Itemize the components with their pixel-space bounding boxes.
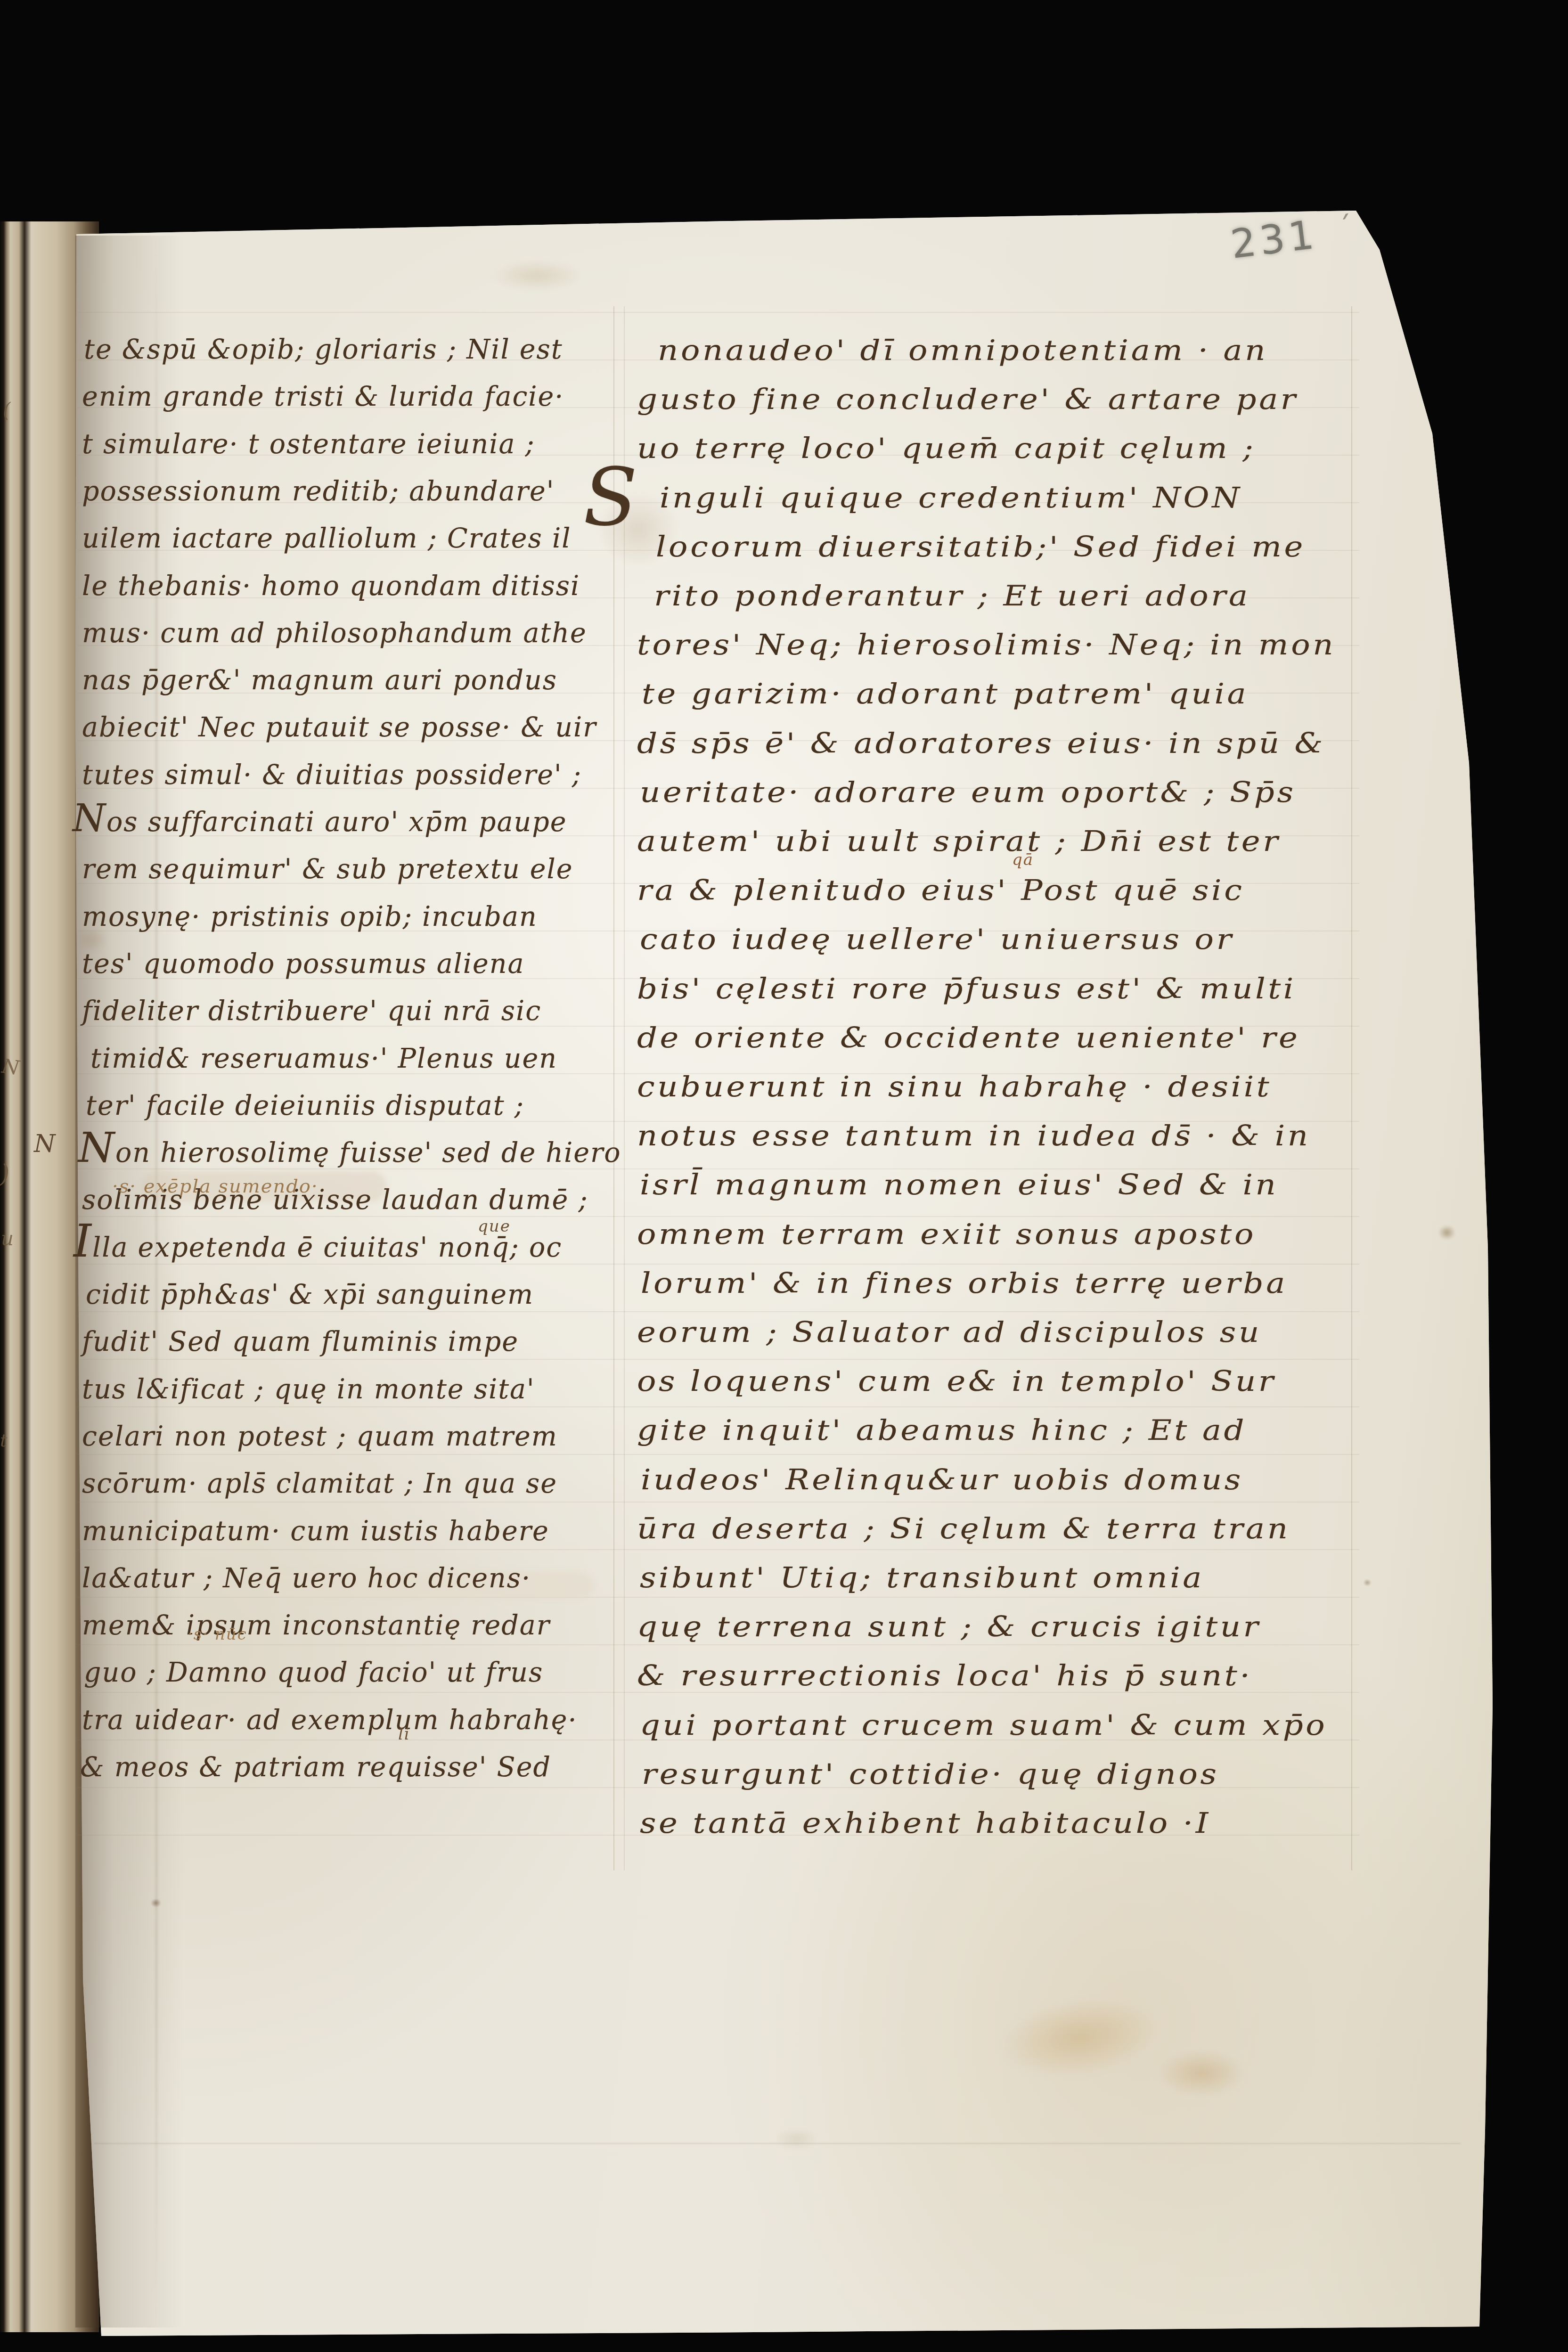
manuscript-line: Non hierosolimę fuisse' sed de hiero [78,1139,621,1168]
manuscript-line: cubuerunt in sinu habrahę · desiit [637,1072,1272,1102]
manuscript-line: fideliter distribuere' qui nrā sic [82,997,541,1026]
manuscript-line: autem' ubi uult spirat ; Dn̄i est ter [637,827,1281,857]
manuscript-line: qui portant crucem suam' & cum xp̄o [640,1711,1327,1740]
vertical-ruling [1351,306,1352,1870]
manuscript-line: rito ponderantur ; Et ueri adora [654,581,1250,611]
manuscript-line: t simulare· t ostentare ieiunia ; [82,431,535,459]
manuscript-line: tores' Neq; hierosolimis· Neq; in mon [637,630,1336,660]
manuscript-line: omnem terram exiit sonus aposto [637,1220,1256,1249]
manuscript-line: tra uidear· ad exemplum habrahę· [82,1707,578,1735]
edge-fragment: t [0,1431,7,1449]
manuscript-line: ra & plenitudo eius' Post quē sic [637,876,1244,906]
manuscript-line: gusto fine concludere' & artare par [637,385,1298,415]
edge-fragment: u [1,1229,14,1249]
folio-number-pencil: 231 [1229,214,1320,264]
manuscript-line: celari non potest ; quam matrem [82,1423,558,1451]
manuscript-line: gite inquit' abeamus hinc ; Et ad [637,1416,1247,1445]
stain [1363,1578,1372,1587]
manuscript-line: tes' quomodo possumus aliena [82,950,525,979]
stain [768,2125,825,2153]
manuscript-line: nonaudeo' dī omnipotentiam · an [658,336,1268,366]
edge-fragment: ) [0,1162,9,1186]
manuscript-line: uo terrę loco' quem̄ capit cęlum ; [637,434,1256,464]
manuscript-line: iudeos' Relinqu&ur uobis domus [641,1465,1243,1495]
manuscript-line: enim grande tristi & lurida facie· [82,383,564,411]
interlinear-gloss-sumendo: ·s· exēpla sumendo· [112,1177,318,1196]
manuscript-line: de oriente & occidente ueniente' re [637,1023,1300,1053]
enlarged-initial: N [78,1123,115,1172]
manuscript-line: lorum' & in fines orbis terrę uerba [641,1269,1288,1298]
manuscript-line: quę terrena sunt ; & crucis igitur [637,1612,1261,1642]
manuscript-line: eorum ; Saluator ad discipulos su [637,1318,1262,1347]
manuscript-photo: ( N ) u t 231 ´ te &spū &opib; gloriaris… [0,0,1568,2352]
manuscript-line: inguli quique credentium' NON [660,483,1242,513]
initial-S: S [583,458,637,537]
manuscript-line: & resurrectionis loca' his p̄ sunt· [637,1661,1252,1691]
manuscript-line: te garizim· adorant patrem' quia [642,679,1249,709]
manuscript-line: ūra deserta ; Si cęlum & terra tran [637,1514,1290,1544]
manuscript-line: locorum diuersitatib;' Sed fidei me [656,532,1306,562]
superscript-que: que [478,1218,511,1234]
enlarged-initial: I [73,1215,92,1267]
manuscript-line: municipatum· cum iustis habere [82,1518,549,1546]
manuscript-line: guo ; Damno quod facio' ut frus [84,1659,543,1687]
manuscript-line: uilem iactare palliolum ; Crates il [82,525,571,553]
manuscript-line: Nos suffarcinati auro' xp̄m paupe [73,808,567,837]
manuscript-line: fudit' Sed quam fluminis impe [82,1328,519,1356]
manuscript-line: cato iudeę uellere' uniuersus or [640,925,1234,955]
manuscript-line: sibunt' Utiq; transibunt omnia [640,1563,1204,1593]
manuscript-line: possessionum reditib; abundare' [82,478,555,506]
stain [150,1898,162,1908]
superscript-li: li [398,1726,410,1742]
manuscript-line: se tantā exhibent habitaculo ·I [640,1809,1211,1838]
manuscript-line: isrl̄ magnum nomen eius' Sed & in [640,1170,1278,1200]
manuscript-line: tus l&ificat ; quę in monte sita' [82,1376,535,1404]
superscript-qa: qā [1012,852,1034,868]
manuscript-line: os loquens' cum e& in templo' Sur [637,1367,1276,1396]
manuscript-line: mem& ipsum inconstantię redar [82,1612,550,1640]
manuscript-line: mus· cum ad philosophandum athe [82,620,587,648]
margin-letter-N: N [34,1132,56,1156]
manuscript-line: bis' cęlesti rore p̄fusus est' & multi [637,974,1296,1004]
manuscript-line: ueritate· adorare eum oport& ; Sp̄s [640,778,1296,808]
edge-fragment: N [0,1056,20,1078]
manuscript-line: ter' facile deieiuniis disputat ; [86,1092,524,1120]
manuscript-line: abiecit' Nec putauit se posse· & uir [82,714,596,742]
manuscript-line: resurgunt' cottidie· quę dignos [642,1760,1219,1789]
manuscript-line: ds̄ sp̄s ē' & adoratores eius· in spū & [637,729,1325,759]
manuscript-line: scōrum· apls̄ clamitat ; In qua se [82,1470,557,1498]
manuscript-line: timid& reseruamus·' Plenus uen [90,1045,557,1073]
manuscript-line: tutes simul· & diuitias possidere' ; [82,761,582,790]
manuscript-line: mosynę· pristinis opib; incuban [82,903,538,931]
manuscript-line: & meos & patriam requisse' Sed [80,1754,551,1782]
manuscript-line: nas p̄ger&' magnum auri pondus [82,667,557,695]
manuscript-line: cidit p̄ph&as' & xp̄i sanguinem [86,1281,534,1309]
manuscript-line: la&atur ; Neq̄ uero hoc dicens· [82,1565,531,1593]
stain [1436,1223,1458,1242]
interlinear-gloss-nunc: ·s· nūc [188,1626,247,1642]
stain [476,254,598,297]
manuscript-line: notus esse tantum in iudea ds̄ · & in [637,1121,1311,1151]
manuscript-line: le thebanis· homo quondam ditissi [82,572,580,601]
enlarged-initial: N [73,796,106,840]
manuscript-line: te &spū &opib; gloriaris ; Nil est [84,336,563,364]
edge-fragment: ( [3,400,10,420]
manuscript-line: rem sequimur' & sub pretextu ele [82,856,573,884]
stain [1140,2040,1263,2106]
manuscript-line: Illa expetenda ē ciuitas' nonq̄; oc [73,1234,562,1262]
